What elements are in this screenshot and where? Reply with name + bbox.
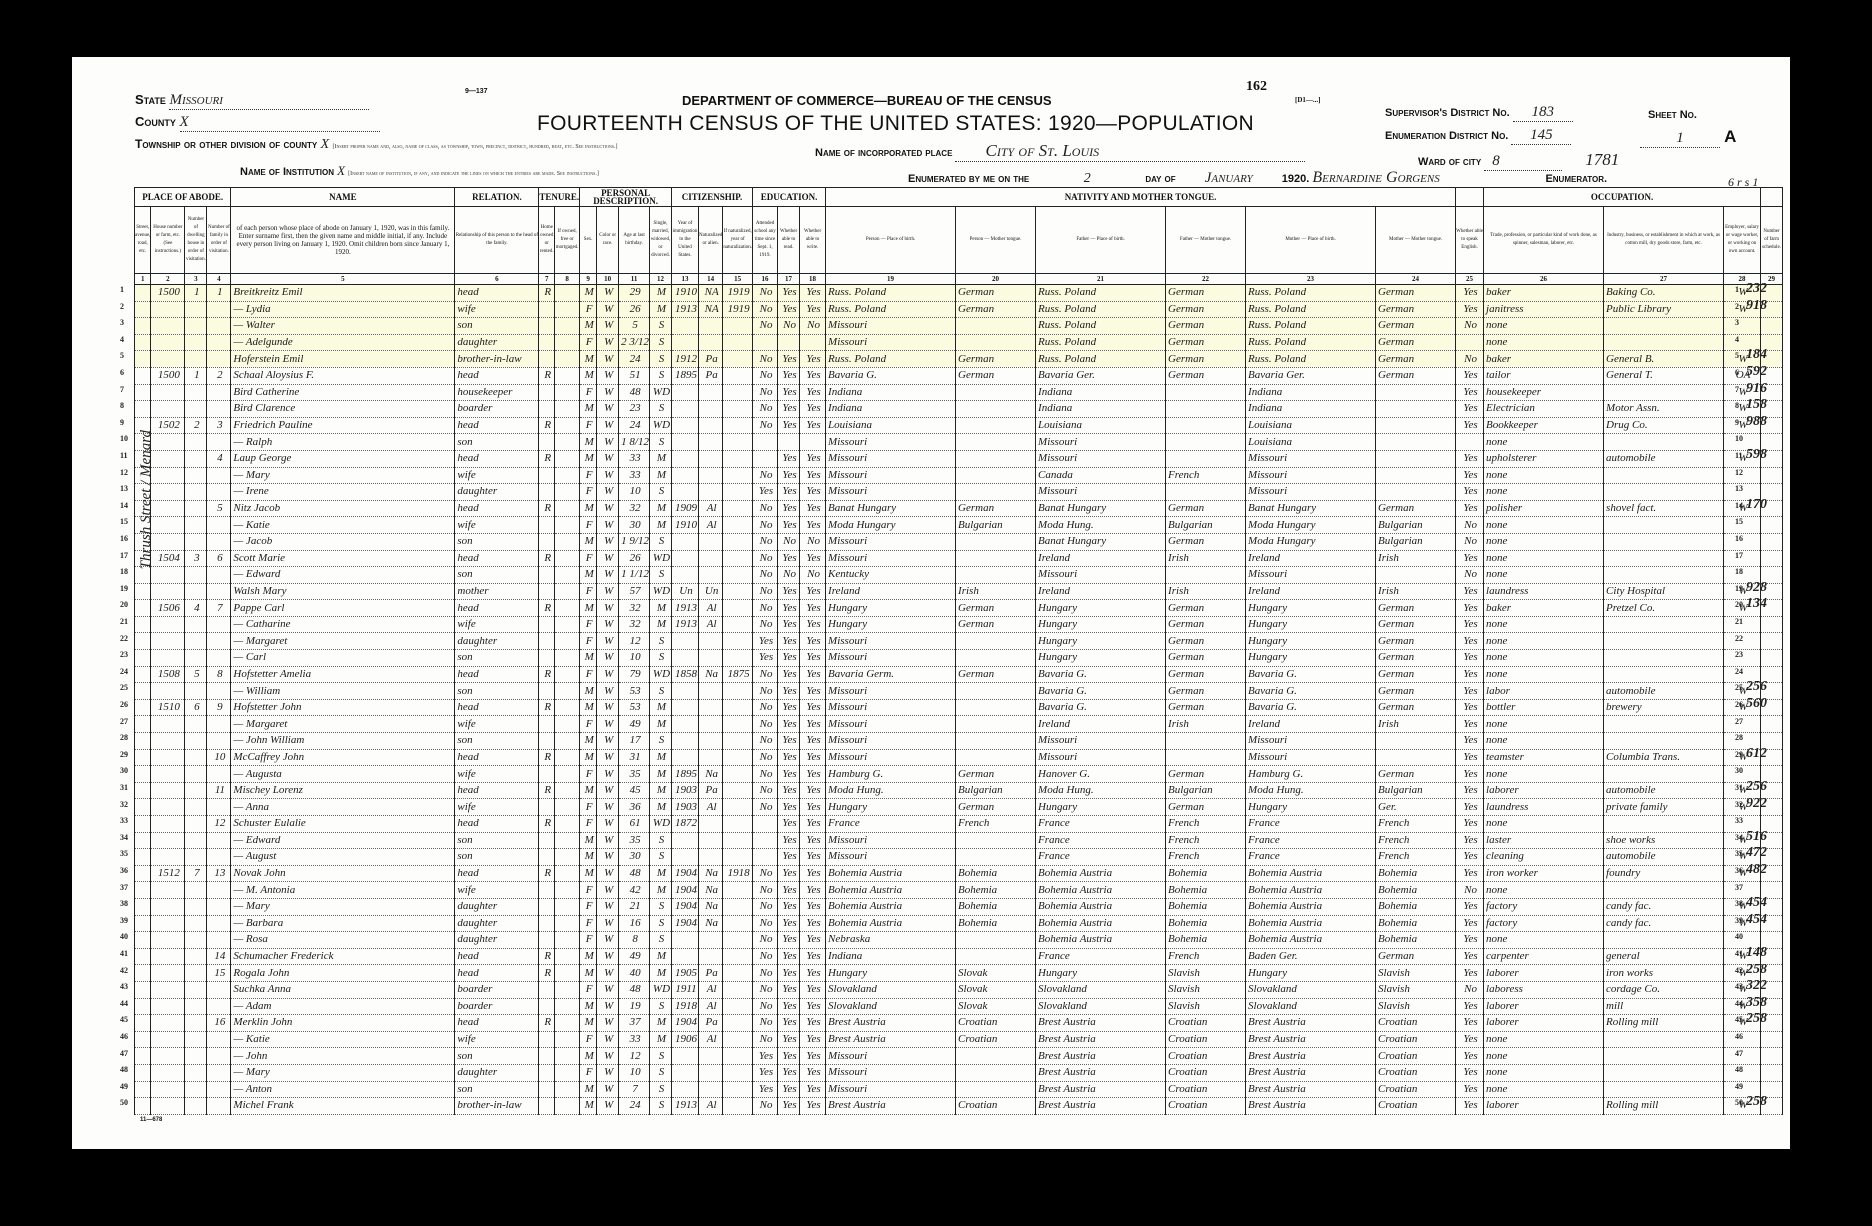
cell-marital: S (649, 733, 671, 750)
cell-tongue (956, 1048, 1036, 1065)
cell-nat: Na (698, 666, 722, 683)
cell-age: 35 (619, 766, 650, 783)
cell-read: Yes (778, 417, 800, 434)
cell-dwelling (185, 998, 207, 1015)
cell-dwelling (185, 981, 207, 998)
cell-relation: head (455, 666, 539, 683)
cell-farm (1761, 318, 1783, 335)
cell-free (555, 799, 580, 816)
occupation-code: 232 (1746, 281, 1767, 297)
line-number-right: 50 (1735, 1098, 1743, 1107)
cell-age: 45 (619, 782, 650, 799)
cell-m-tongue: Irish (1376, 583, 1456, 600)
cell-age: 33 (619, 1031, 650, 1048)
cell-read: Yes (778, 550, 800, 567)
cell-read: Yes (778, 285, 800, 302)
cell-name: Scott Marie (231, 550, 455, 567)
cell-f-pob: Bavaria G. (1036, 699, 1166, 716)
cell-pob: Banat Hungary (826, 500, 956, 517)
cell-natyear (723, 650, 753, 667)
cell-own: R (539, 450, 555, 467)
cell-nat (698, 683, 722, 700)
supervisor-label: Supervisor's District No. (1385, 107, 1510, 119)
cell-relation: wife (455, 1031, 539, 1048)
cell-sex: M (580, 401, 597, 418)
cell-f-tongue: Bulgarian (1166, 782, 1246, 799)
line-number-right: 24 (1735, 667, 1743, 676)
cell-free (555, 782, 580, 799)
cell-f-tongue: Croatian (1166, 1098, 1246, 1115)
occupation-code: 560 (1746, 696, 1767, 712)
column-group-header: PLACE OF ABODE. (135, 188, 231, 207)
cell-m-pob: Missouri (1246, 484, 1376, 501)
cell-f-tongue: German (1166, 799, 1246, 816)
cell-street (135, 699, 151, 716)
table-row: — RalphsonMW1 8/12SMissouriMissouriLouis… (135, 434, 1783, 451)
cell-write: Yes (800, 384, 826, 401)
cell-relation: daughter (455, 633, 539, 650)
column-group-header: NAME (231, 188, 455, 207)
line-number-left: 50 (120, 1098, 128, 1107)
cell-f-pob: Hungary (1036, 965, 1166, 982)
cell-nat (698, 633, 722, 650)
occupation-code: 170 (1746, 497, 1767, 513)
cell-industry: Rolling mill (1604, 1098, 1724, 1115)
occupation-code: 592 (1746, 364, 1767, 380)
cell-marital: S (649, 1064, 671, 1081)
cell-read: Yes (778, 467, 800, 484)
cell-immig (671, 450, 698, 467)
cell-read: Yes (778, 882, 800, 899)
institution-value: X (337, 163, 345, 178)
cell-f-tongue: German (1166, 766, 1246, 783)
cell-free (555, 1015, 580, 1032)
cell-f-pob: Banat Hungary (1036, 533, 1166, 550)
column-number: 11 (619, 274, 650, 285)
cell-house (151, 351, 185, 368)
cell-natyear (723, 915, 753, 932)
cell-relation: wife (455, 467, 539, 484)
cell-f-pob: France (1036, 948, 1166, 965)
cell-pob: Missouri (826, 650, 956, 667)
cell-industry (1604, 1048, 1724, 1065)
cell-english: Yes (1456, 782, 1484, 799)
cell-race: W (597, 716, 619, 733)
cell-english (1456, 434, 1484, 451)
line-number-left: 44 (120, 999, 128, 1008)
cell-age: 36 (619, 799, 650, 816)
cell-family: 3 (207, 417, 231, 434)
cell-immig (671, 832, 698, 849)
cell-street (135, 932, 151, 949)
table-row: Michel Frankbrother-in-lawMW24S1913AlNoY… (135, 1098, 1783, 1115)
cell-dwelling (185, 450, 207, 467)
cell-school: No (753, 401, 778, 418)
cell-m-pob: Missouri (1246, 749, 1376, 766)
cell-f-tongue (1166, 567, 1246, 584)
cell-f-tongue: Croatian (1166, 1064, 1246, 1081)
cell-f-pob: France (1036, 849, 1166, 866)
cell-write: Yes (800, 600, 826, 617)
cell-marital: M (649, 716, 671, 733)
cell-nat: Pa (698, 351, 722, 368)
cell-pob: Missouri (826, 832, 956, 849)
cell-m-pob: Russ. Poland (1246, 334, 1376, 351)
cell-school: Yes (753, 633, 778, 650)
cell-trade: iron worker (1484, 865, 1604, 882)
cell-relation: brother-in-law (455, 351, 539, 368)
cell-m-pob: Bohemia Austria (1246, 865, 1376, 882)
cell-m-tongue: German (1376, 600, 1456, 617)
cell-trade: laster (1484, 832, 1604, 849)
cell-industry (1604, 633, 1724, 650)
cell-relation: head (455, 417, 539, 434)
column-header: Number of farm schedule. (1761, 207, 1783, 274)
line-number-right: 12 (1735, 468, 1743, 477)
cell-tongue: Bohemia (956, 915, 1036, 932)
cell-farm (1761, 633, 1783, 650)
cell-race: W (597, 1031, 619, 1048)
cell-read: Yes (778, 666, 800, 683)
cell-tongue (956, 932, 1036, 949)
cell-family (207, 1048, 231, 1065)
cell-natyear (723, 733, 753, 750)
cell-dwelling (185, 948, 207, 965)
cell-age: 26 (619, 550, 650, 567)
cell-m-pob: Missouri (1246, 733, 1376, 750)
table-row: 150436Scott MarieheadRFW26WDNoYesYesMiss… (135, 550, 1783, 567)
line-number-right: 13 (1735, 484, 1743, 493)
cell-age: 37 (619, 1015, 650, 1032)
cell-write: Yes (800, 1098, 826, 1115)
cell-trade: laborer (1484, 1098, 1604, 1115)
cell-race: W (597, 417, 619, 434)
cell-age: 21 (619, 898, 650, 915)
cell-read: Yes (778, 749, 800, 766)
cell-free (555, 484, 580, 501)
cell-m-pob: Missouri (1246, 467, 1376, 484)
cell-own: R (539, 600, 555, 617)
table-row: 1512713Novak JohnheadRMW48M1904Na1918NoY… (135, 865, 1783, 882)
cell-read: Yes (778, 998, 800, 1015)
cell-natyear: 1919 (723, 285, 753, 302)
table-row: Bird ClarenceboarderMW23SNoYesYesIndiana… (135, 401, 1783, 418)
cell-sex: M (580, 1098, 597, 1115)
cell-read (778, 334, 800, 351)
incorporated-value: City of St. Louis (955, 141, 1305, 162)
cell-nat (698, 716, 722, 733)
table-row: 150858Hofstetter AmeliaheadRFW79WD1858Na… (135, 666, 1783, 683)
line-number-left: 11 (120, 451, 128, 460)
cell-sex: F (580, 816, 597, 833)
cell-f-tongue: Croatian (1166, 1048, 1246, 1065)
cell-read: Yes (778, 600, 800, 617)
cell-m-pob: Brest Austria (1246, 1015, 1376, 1032)
cell-house (151, 683, 185, 700)
cell-school: No (753, 882, 778, 899)
cell-dwelling (185, 401, 207, 418)
cell-marital: S (649, 567, 671, 584)
cell-own (539, 1081, 555, 1098)
cell-age: 61 (619, 816, 650, 833)
cell-read: Yes (778, 1098, 800, 1115)
cell-own (539, 998, 555, 1015)
cell-read: Yes (778, 650, 800, 667)
cell-industry: City Hospital (1604, 583, 1724, 600)
cell-school: No (753, 932, 778, 949)
cell-f-pob: Russ. Poland (1036, 301, 1166, 318)
cell-nat (698, 948, 722, 965)
cell-m-tongue: Bulgarian (1376, 517, 1456, 534)
cell-own (539, 1098, 555, 1115)
cell-m-pob: Bavaria Ger. (1246, 367, 1376, 384)
cell-family: 11 (207, 782, 231, 799)
cell-read: Yes (778, 367, 800, 384)
cell-marital: M (649, 749, 671, 766)
cell-f-pob: Slovakland (1036, 998, 1166, 1015)
cell-m-pob: Ireland (1246, 550, 1376, 567)
cell-f-tongue (1166, 733, 1246, 750)
column-header: Naturalized or alien. (698, 207, 722, 274)
cell-own (539, 915, 555, 932)
cell-age: 32 (619, 500, 650, 517)
cell-house: 1502 (151, 417, 185, 434)
line-number-left: 33 (120, 816, 128, 825)
cell-tongue: German (956, 367, 1036, 384)
cell-sex: F (580, 932, 597, 949)
cell-nat: Na (698, 882, 722, 899)
cell-write: Yes (800, 450, 826, 467)
cell-f-pob: Indiana (1036, 401, 1166, 418)
cell-tongue: Irish (956, 583, 1036, 600)
cell-m-tongue: German (1376, 766, 1456, 783)
cell-name: — William (231, 683, 455, 700)
cell-m-pob: Bohemia Austria (1246, 915, 1376, 932)
cell-write: Yes (800, 1064, 826, 1081)
cell-school: No (753, 981, 778, 998)
cell-english: Yes (1456, 367, 1484, 384)
cell-marital: S (649, 533, 671, 550)
cell-farm (1761, 1031, 1783, 1048)
cell-sex: M (580, 965, 597, 982)
cell-school: No (753, 384, 778, 401)
cell-street (135, 998, 151, 1015)
cell-natyear (723, 533, 753, 550)
cell-race: W (597, 749, 619, 766)
county-field: County X (135, 114, 380, 132)
cell-nat: Al (698, 616, 722, 633)
column-number: 25 (1456, 274, 1484, 285)
occupation-code: 258 (1746, 1011, 1767, 1027)
enumerator-name: Bernardine Gorgens (1312, 169, 1542, 188)
cell-f-pob: Moda Hung. (1036, 782, 1166, 799)
table-row: 10McCaffrey JohnheadRMW31MNoYesYesMissou… (135, 749, 1783, 766)
cell-sex: M (580, 434, 597, 451)
cell-english: Yes (1456, 650, 1484, 667)
cell-natyear (723, 567, 753, 584)
cell-write: Yes (800, 898, 826, 915)
cell-tongue (956, 650, 1036, 667)
cell-house (151, 616, 185, 633)
cell-marital: M (649, 301, 671, 318)
cell-industry: foundry (1604, 865, 1724, 882)
cell-write: Yes (800, 1015, 826, 1032)
occupation-code: 184 (1746, 347, 1767, 363)
cell-dwelling (185, 533, 207, 550)
occupation-code: 258 (1746, 1094, 1767, 1110)
line-number-right: 38 (1735, 899, 1743, 908)
cell-dwelling (185, 1081, 207, 1098)
cell-tongue (956, 533, 1036, 550)
cell-free (555, 1031, 580, 1048)
cell-name: Breitkreitz Emil (231, 285, 455, 302)
cell-relation: housekeeper (455, 384, 539, 401)
line-number-right: 45 (1735, 1015, 1743, 1024)
cell-race: W (597, 434, 619, 451)
cell-age: 48 (619, 981, 650, 998)
table-row: — MargaretwifeFW49MNoYesYesMissouriIrela… (135, 716, 1783, 733)
cell-write: Yes (800, 699, 826, 716)
cell-immig: 1910 (671, 517, 698, 534)
day-of-label: day of (1145, 173, 1175, 185)
cell-m-pob: Russ. Poland (1246, 285, 1376, 302)
cell-pob: Indiana (826, 401, 956, 418)
cell-f-tongue: Bohemia (1166, 898, 1246, 915)
line-number-right: 43 (1735, 982, 1743, 991)
cell-english: Yes (1456, 384, 1484, 401)
cell-race: W (597, 666, 619, 683)
cell-read: Yes (778, 683, 800, 700)
cell-trade: laboress (1484, 981, 1604, 998)
cell-name: — M. Antonia (231, 882, 455, 899)
cell-relation: boarder (455, 998, 539, 1015)
cell-trade: carpenter (1484, 948, 1604, 965)
cell-name: Novak John (231, 865, 455, 882)
cell-relation: wife (455, 716, 539, 733)
cell-industry (1604, 616, 1724, 633)
line-number-left: 49 (120, 1082, 128, 1091)
cell-industry (1604, 1081, 1724, 1098)
cell-own (539, 716, 555, 733)
table-row: — CatharinewifeFW32M1913AlNoYesYesHungar… (135, 616, 1783, 633)
cell-family (207, 915, 231, 932)
cell-family (207, 766, 231, 783)
cell-own (539, 616, 555, 633)
cell-race: W (597, 583, 619, 600)
cell-street (135, 981, 151, 998)
occupation-code: 256 (1746, 779, 1767, 795)
cell-own: R (539, 948, 555, 965)
cell-pob: Hungary (826, 799, 956, 816)
cell-street (135, 948, 151, 965)
cell-pob: Bohemia Austria (826, 898, 956, 915)
cell-free (555, 533, 580, 550)
cell-sex: F (580, 550, 597, 567)
line-number-left: 3 (120, 318, 124, 327)
cell-pob: Bohemia Austria (826, 882, 956, 899)
cell-relation: wife (455, 616, 539, 633)
cell-m-tongue (1376, 450, 1456, 467)
line-number-left: 24 (120, 667, 128, 676)
cell-f-pob: Slovakland (1036, 981, 1166, 998)
cell-m-pob: Banat Hungary (1246, 500, 1376, 517)
cell-read: Yes (778, 633, 800, 650)
cell-nat: Pa (698, 782, 722, 799)
cell-name: — Irene (231, 484, 455, 501)
cell-dwelling (185, 484, 207, 501)
cell-m-pob: Brest Austria (1246, 1031, 1376, 1048)
cell-natyear (723, 1098, 753, 1115)
cell-immig: 1906 (671, 1031, 698, 1048)
cell-pob: Missouri (826, 749, 956, 766)
cell-natyear (723, 1015, 753, 1032)
cell-race: W (597, 699, 619, 716)
cell-name: — Katie (231, 517, 455, 534)
cell-marital: M (649, 450, 671, 467)
cell-write: Yes (800, 467, 826, 484)
line-number-right: 44 (1735, 999, 1743, 1008)
cell-family: 4 (207, 450, 231, 467)
column-number: 5 (231, 274, 455, 285)
cell-m-tongue: German (1376, 285, 1456, 302)
cell-tongue (956, 699, 1036, 716)
cell-tongue: Slovak (956, 965, 1036, 982)
cell-free (555, 450, 580, 467)
line-number-right: 3 (1735, 318, 1739, 327)
cell-farm (1761, 1048, 1783, 1065)
table-row: — RosadaughterFW8SNoYesYesNebraskaBohemi… (135, 932, 1783, 949)
cell-school: Yes (753, 650, 778, 667)
institution-label: Name of Institution (240, 166, 334, 178)
cell-read: Yes (778, 351, 800, 368)
cell-own (539, 799, 555, 816)
column-number: 19 (826, 274, 956, 285)
cell-industry (1604, 550, 1724, 567)
cell-m-pob: Ireland (1246, 716, 1376, 733)
cell-sex: M (580, 450, 597, 467)
cell-f-tongue (1166, 434, 1246, 451)
cell-read: No (778, 533, 800, 550)
cell-dwelling (185, 965, 207, 982)
cell-read: Yes (778, 1015, 800, 1032)
cell-own (539, 683, 555, 700)
cell-tongue: Croatian (956, 1015, 1036, 1032)
cell-tongue (956, 716, 1036, 733)
cell-m-tongue: French (1376, 832, 1456, 849)
cell-sex: F (580, 882, 597, 899)
cell-family (207, 733, 231, 750)
cell-own: R (539, 550, 555, 567)
cell-street (135, 683, 151, 700)
line-number-left: 2 (120, 302, 124, 311)
cell-relation: son (455, 318, 539, 335)
cell-own: R (539, 285, 555, 302)
cell-nat (698, 550, 722, 567)
cell-natyear (723, 450, 753, 467)
cell-street (135, 766, 151, 783)
cell-natyear (723, 932, 753, 949)
cell-relation: son (455, 733, 539, 750)
cell-free (555, 567, 580, 584)
cell-m-tongue: German (1376, 301, 1456, 318)
line-number-left: 39 (120, 916, 128, 925)
cell-nat: Al (698, 600, 722, 617)
cell-farm (1761, 517, 1783, 534)
line-number-left: 32 (120, 800, 128, 809)
cell-f-tongue: German (1166, 334, 1246, 351)
cell-free (555, 832, 580, 849)
cell-marital: M (649, 1031, 671, 1048)
